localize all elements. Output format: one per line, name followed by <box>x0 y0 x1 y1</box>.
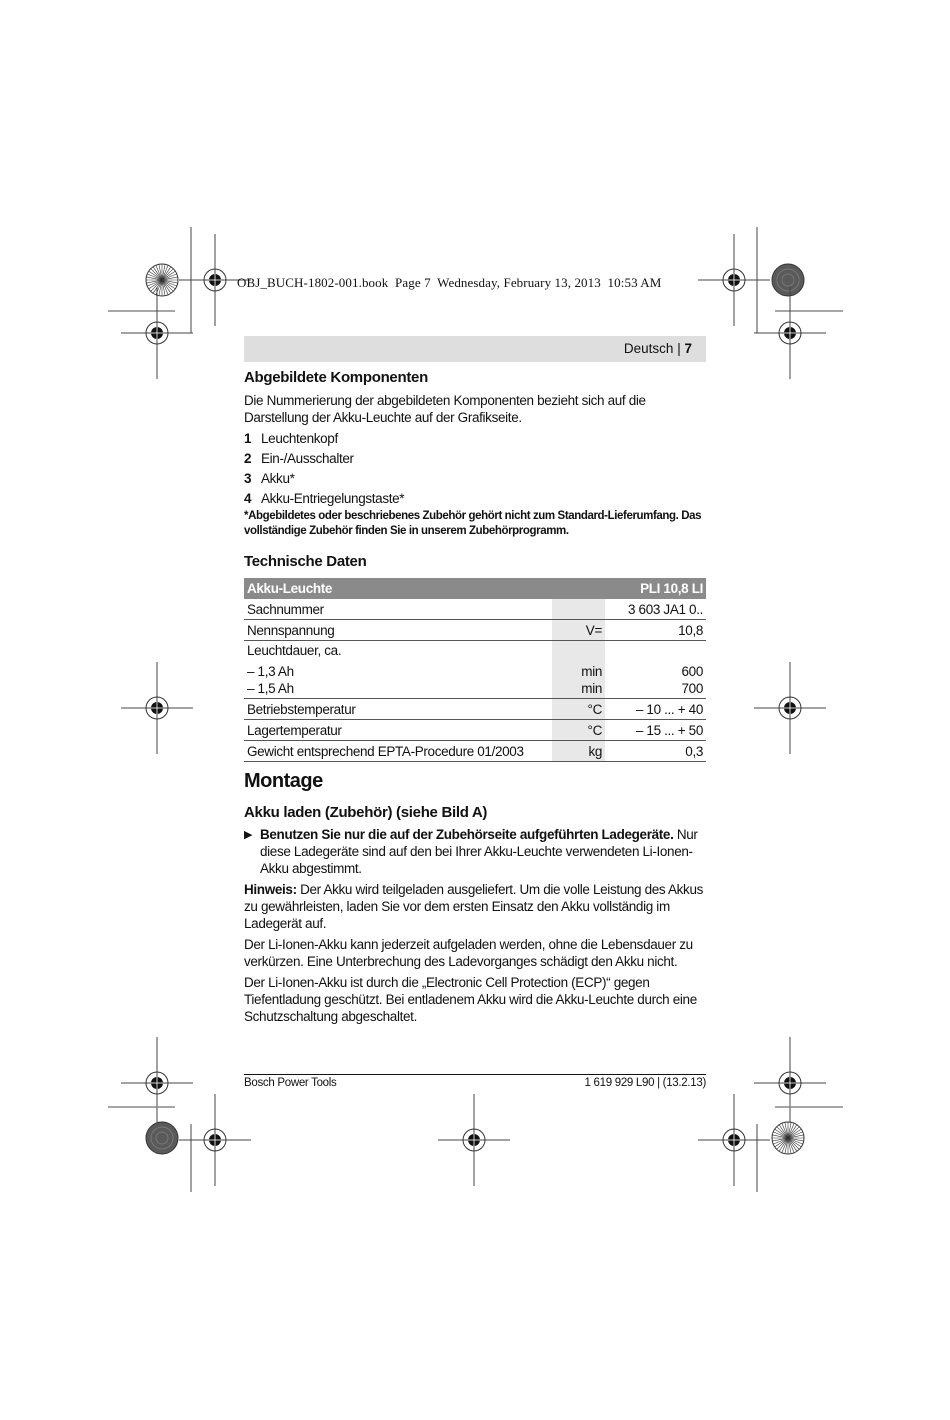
montage-heading: Montage <box>244 773 706 790</box>
table-row: Leuchtdauer, ca. – 1,3 Ah – 1,5 Ah min m… <box>244 641 706 699</box>
table-row: Nennspannung V= 10,8 <box>244 620 706 641</box>
component-item: 4Akku-Entriegelungstaste* <box>244 488 706 508</box>
tech-data-heading: Technische Daten <box>244 553 706 570</box>
table-row: Sachnummer 3 603 JA1 0.. <box>244 599 706 620</box>
footer-doc-number: 1 619 929 L90 | (13.2.13) <box>560 1077 706 1089</box>
component-item: 1Leuchtenkopf <box>244 428 706 448</box>
tech-data-section: Technische Daten Akku-Leuchte PLI 10,8 L… <box>244 553 706 762</box>
table-row: Gewicht entsprechend EPTA-Procedure 01/2… <box>244 741 706 762</box>
component-item: 2Ein-/Ausschalter <box>244 448 706 468</box>
footer-rule <box>244 1074 706 1075</box>
footer-brand: Bosch Power Tools <box>244 1077 337 1089</box>
page-header: Deutsch | 7 <box>624 341 692 356</box>
charger-warning: ▶ Benutzen Sie nur die auf der Zubehörse… <box>244 826 706 877</box>
accessory-footnote: *Abgebildetes oder beschriebenes Zubehör… <box>244 509 706 539</box>
table-header-product: Akku-Leuchte <box>244 578 605 599</box>
montage-section: Montage Akku laden (Zubehör) (siehe Bild… <box>244 773 706 1025</box>
tech-data-table: Akku-Leuchte PLI 10,8 LI Sachnummer 3 60… <box>244 578 706 762</box>
table-row: Betriebstemperatur °C – 10 ... + 40 <box>244 699 706 720</box>
header-separator: | <box>677 341 681 356</box>
table-header-row: Akku-Leuchte PLI 10,8 LI <box>244 578 706 599</box>
components-heading: Abgebildete Komponenten <box>244 369 706 386</box>
ecp-paragraph: Der Li-Ionen-Akku ist durch die „Electro… <box>244 974 706 1025</box>
components-section: Abgebildete Komponenten Die Nummerierung… <box>244 369 706 539</box>
component-item: 3Akku* <box>244 468 706 488</box>
charging-heading: Akku laden (Zubehör) (siehe Bild A) <box>244 804 706 821</box>
language-label: Deutsch <box>624 341 674 356</box>
components-intro: Die Nummerierung der abgebildeten Kompon… <box>244 392 706 426</box>
charging-paragraph: Der Li-Ionen-Akku kann jederzeit aufgela… <box>244 936 706 970</box>
page-number: 7 <box>684 341 692 356</box>
component-list: 1Leuchtenkopf 2Ein-/Ausschalter 3Akku* 4… <box>244 428 706 508</box>
hint-paragraph: Hinweis: Der Akku wird teilgeladen ausge… <box>244 881 706 932</box>
print-slug-line: OBJ_BUCH-1802-001.book Page 7 Wednesday,… <box>237 275 661 291</box>
triangle-bullet-icon: ▶ <box>244 826 260 877</box>
table-row: Lagertemperatur °C – 15 ... + 50 <box>244 720 706 741</box>
table-header-model: PLI 10,8 LI <box>605 578 706 599</box>
page-header-bar: Deutsch | 7 <box>244 336 706 362</box>
